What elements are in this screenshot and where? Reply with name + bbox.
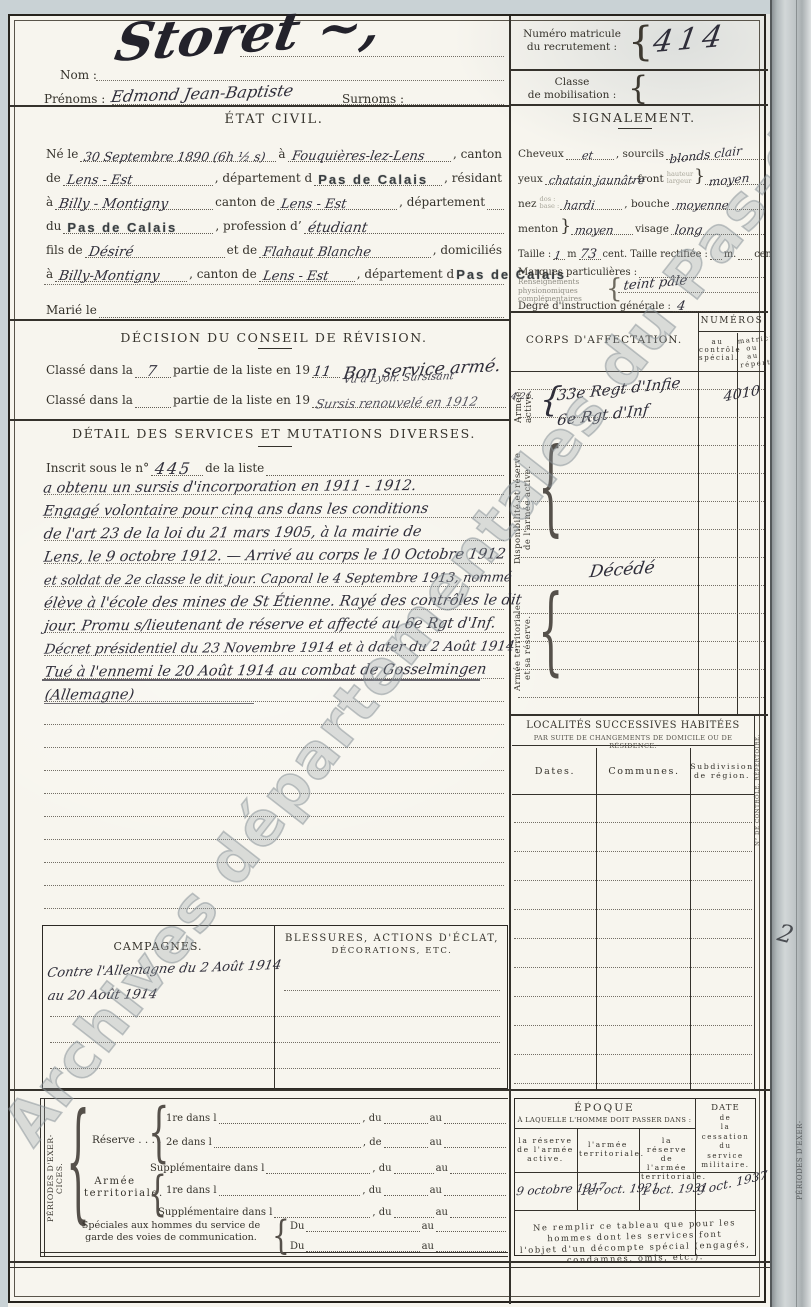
field-canton: Lens - Est [63, 173, 213, 186]
blank-fill [306, 1239, 419, 1252]
label: au [428, 1185, 444, 1197]
taille-rectifiee-label: cent. Taille rectifiée : [601, 249, 710, 260]
blank-fill [444, 1111, 506, 1124]
menton-label: menton [516, 223, 560, 235]
field-lieu-naissance: Fouquières-lez-Lens [288, 149, 451, 162]
field-date-naissance: 30 Septembre 1890 (6h ½ s) [80, 149, 276, 162]
nez-sublabel-2: base : [540, 203, 560, 210]
signalement-row-yeux: yeux chatain jaunâtre , front hauteur la… [516, 165, 764, 185]
terr-label-line2: territoriale. [84, 1188, 146, 1200]
etat-civil-line-1: Né le 30 Septembre 1890 (6h ½ s) à Fouqu… [44, 140, 504, 162]
ruled-line [44, 793, 504, 794]
label: à [44, 268, 55, 282]
signalement-row-taille: Taille : 1 m 73 cent. Taille rectifiée :… [516, 242, 768, 260]
field-residence: Billy - Montigny [55, 197, 213, 210]
decision-title: DÉCISION DU CONSEIL DE RÉVISION. [42, 330, 506, 345]
label: de [44, 172, 63, 186]
field-taille-m: 1 [553, 247, 565, 260]
rule [698, 331, 766, 332]
label: Du [288, 1241, 306, 1253]
ruled-line [50, 1042, 500, 1043]
rule [596, 748, 597, 1089]
field-front: moyen [705, 172, 764, 185]
label: Classé dans la [44, 394, 135, 408]
matricule-label: Numéro matricule du recrutement : [516, 28, 628, 54]
surnoms-label: Surnoms : [342, 92, 404, 106]
rule [514, 1210, 756, 1211]
periode-row-6: Du au [288, 1216, 506, 1232]
periodes-vlabel-line1: PÉRIODES D'EXER- [46, 1126, 55, 1230]
blank-fill [384, 1135, 428, 1148]
label: au [428, 1113, 444, 1125]
label: et de [225, 244, 260, 258]
periode-row-4: 1re dans l , du au [164, 1178, 506, 1196]
label: au [420, 1221, 436, 1233]
rule [510, 714, 768, 716]
blessures-title-line1: BLESSURES, ACTIONS D'ÉCLAT, [278, 932, 506, 945]
hw-visage: long [674, 222, 704, 237]
epoque-date-col-label: DATE de la cessation du service militair… [697, 1104, 754, 1171]
etat-civil-title: ÉTAT CIVIL. [42, 112, 506, 127]
cheveux-label: Cheveux [516, 148, 566, 160]
label: , du [370, 1163, 393, 1175]
campagnes-title: CAMPAGNES. [44, 940, 272, 953]
label: au [434, 1163, 450, 1175]
ruled-line [514, 880, 752, 881]
localites-col-subdivision: Subdivision de région. [690, 762, 754, 780]
pen-stroke [42, 679, 480, 681]
field-annee: 11 [312, 365, 340, 378]
services-line: de l'art 23 de la loi du 21 mars 1905, à… [42, 520, 513, 546]
ruled-line [44, 885, 504, 886]
ruled-line [44, 862, 504, 863]
ruled-line [514, 1025, 752, 1026]
label: , profession d’ [213, 220, 303, 234]
degre-label: Degré d'instruction générale : [516, 301, 673, 313]
localites-subtitle: PAR SUITE DE CHANGEMENTS DE DOMICILE OU … [514, 734, 752, 750]
field-degre: 4 [673, 299, 764, 312]
label: , département d [213, 172, 314, 186]
ruled-line [518, 389, 764, 390]
signalement-row-nez: nez dos : base : hardi , bouche moyenne [516, 190, 764, 210]
rule [512, 794, 754, 795]
label: canton de [213, 196, 277, 210]
hw-residence: Billy - Montigny [58, 196, 170, 212]
ruled-line [514, 851, 752, 852]
field-decision-2: Sursis renouvelé en 1912 [312, 395, 506, 408]
rule [10, 419, 510, 421]
terr-label-line1: Armée [84, 1176, 146, 1188]
armee-territoriale-label: Armée territoriale. [84, 1176, 146, 1200]
field-bouche: moyenne [672, 197, 764, 210]
speciales-line1: Spéciales aux hommes du service de [68, 1220, 274, 1232]
numeros-col1-label: au contrôle spécial. [699, 338, 736, 362]
date-col-line1: DATE [697, 1104, 754, 1114]
bouche-label: , bouche [622, 198, 671, 210]
services-line: élève à l'école des mines de St Étienne.… [42, 589, 513, 615]
ruled-line [44, 724, 504, 725]
rule [10, 319, 510, 321]
etat-civil-line-5: fils de Désiré et de Flahaut Blanche , d… [44, 236, 504, 258]
matricule-value: 414 [651, 19, 730, 60]
margin-handwriting: 2 [775, 919, 797, 950]
prenoms-line [112, 104, 504, 105]
decision-line-2: Classé dans la partie de la liste en 19 … [44, 386, 506, 408]
label: , canton de [187, 268, 259, 282]
brace [538, 436, 563, 540]
field-profession: étudiant [304, 221, 504, 234]
hw-yeux: chatain jaunâtre [548, 173, 646, 187]
field-mere: Flahaut Blanche [259, 245, 431, 258]
brace [694, 168, 705, 185]
periode-row-2: 2e dans l , de au [164, 1130, 506, 1148]
hw-nez: hardi [563, 198, 596, 212]
hw-partie: 7 [146, 362, 158, 380]
blank-fill [306, 1219, 419, 1232]
taille-label: Taille : [516, 249, 553, 260]
blank-fill [219, 1111, 361, 1124]
yeux-label: yeux [516, 173, 545, 185]
label: à [276, 148, 287, 162]
label: , de [361, 1137, 384, 1149]
matricule-label-line2: du recrutement : [516, 41, 628, 54]
signalement-title: SIGNALEMENT. [512, 110, 756, 125]
periodes-vlabel-line2: CICES. [55, 1126, 64, 1230]
signalement-row-marques: Marques particulières : [516, 262, 764, 278]
label: au [420, 1241, 436, 1253]
epoque-title: ÉPOQUE [514, 1102, 695, 1114]
ruled-line [514, 822, 752, 823]
classe-label-line1: Classe [516, 76, 628, 89]
field-partie-2 [135, 395, 171, 408]
services-inscrit-line: Inscrit sous le n° 445 de la liste [44, 454, 504, 476]
field-partie: 7 [135, 365, 171, 378]
brace [628, 72, 648, 104]
hw-lieu-naissance: Fouquières-lez-Lens [290, 149, 425, 164]
hw-mere: Flahaut Blanche [262, 245, 372, 260]
epoque-col2-label: l'armée territoriale. [579, 1140, 637, 1158]
services-line: Lens, le 9 octobre 1912. — Arrivé au cor… [42, 543, 513, 569]
blessures-title-line2: DÉCORATIONS, ETC. [278, 945, 506, 958]
periode-row-1: 1re dans l , du au [164, 1106, 506, 1124]
ruled-line [518, 417, 764, 418]
next-page-vertical-text: PÉRIODES D'EXER- [796, 1100, 804, 1220]
blank-fill [384, 1183, 428, 1196]
ruled-line [44, 816, 504, 817]
numeros-col2-label: matricule ou au répertoire. [737, 335, 767, 370]
periode-row-7: Du au [288, 1236, 506, 1252]
blank-fill [487, 197, 504, 210]
ruled-line [514, 938, 752, 939]
stamp-pas-de-calais: Pas de Calais [67, 220, 177, 235]
ruled-line [284, 990, 500, 991]
ruled-line [50, 1068, 500, 1069]
disponibilite-line1: Disponibilité et réserve [512, 440, 522, 576]
label: 1re dans l [164, 1185, 219, 1197]
rule [510, 371, 766, 372]
classe-label: Classe de mobilisation : [516, 76, 628, 102]
services-line: a obtenu un sursis d'incorporation en 19… [42, 474, 513, 500]
label: à [44, 196, 55, 210]
front-sublabels: hauteur largeur [666, 171, 694, 185]
field-taille-cm: 73 [579, 247, 601, 260]
marie-label: Marié le [44, 304, 99, 318]
services-line: Engagé volontaire pour cinq ans dans les… [42, 497, 513, 523]
hw-decision-2: Sursis renouvelé en 1912 [314, 394, 479, 412]
field-menton: moyen [571, 222, 633, 235]
brace [538, 584, 563, 680]
rule [690, 748, 691, 1089]
hw-degre: 4 [676, 299, 687, 314]
territoriale-line1: Armée territoriale [512, 586, 522, 710]
label: 2e dans l [164, 1137, 214, 1149]
territoriale-line2: et sa réserve. [522, 586, 532, 710]
disponibilite-line2: de l'armée active. [522, 440, 532, 576]
services-line: Décret présidentiel du 23 Novembre 1914 … [43, 635, 514, 661]
scanned-military-record: Nom : Storet ~, Prénoms : Edmond Jean-Ba… [0, 0, 811, 1307]
field-departement-2: Pas de Calais [63, 221, 213, 234]
periode-row-3: Supplémentaire dans l , du au [148, 1156, 506, 1174]
nom-label: Nom : [60, 68, 97, 82]
numeros-title: NUMÉROS [698, 316, 766, 326]
front-sublabel-2: largeur [667, 178, 693, 185]
stamp-pas-de-calais: Pas de Calais [318, 172, 428, 187]
field-taille-rect-cm [738, 247, 752, 260]
ruled-line [514, 909, 752, 910]
ruled-line [514, 967, 752, 968]
label: Inscrit sous le n° [44, 462, 151, 476]
date-col-line5: service militaire. [697, 1152, 754, 1171]
label: 1re dans l [164, 1113, 219, 1125]
hw-domicile: Billy-Montigny [58, 268, 161, 284]
brace [628, 22, 653, 62]
field-canton-3: Lens - Est [259, 269, 355, 282]
field-numero-liste: 445 [151, 463, 203, 476]
ruled-line [44, 839, 504, 840]
field-marie [99, 305, 504, 318]
label: Supplémentaire dans l [156, 1207, 274, 1219]
ruled-line [514, 996, 752, 997]
label: du [44, 220, 63, 234]
etat-civil-line-6: à Billy-Montigny , canton de Lens - Est … [44, 260, 514, 282]
corps-title: CORPS D'AFFECTATION. [512, 334, 696, 346]
label: partie de la liste en 19 [171, 364, 312, 378]
field-visage: long [671, 222, 764, 235]
rule [258, 348, 292, 349]
blank-fill [219, 1183, 361, 1196]
localites-col-dates: Dates. [514, 766, 596, 777]
periodes-vertical-label: PÉRIODES D'EXER- CICES. [46, 1126, 66, 1230]
blank-fill [394, 1161, 434, 1174]
ruled-line [44, 770, 504, 771]
armee-active-label: Armée active. [514, 378, 534, 436]
signalement-row-menton: menton moyen visage long [516, 215, 764, 235]
etat-civil-line-3: à Billy - Montigny canton de Lens - Est … [44, 188, 504, 210]
field-nez: hardi [560, 197, 622, 210]
hw-numero-liste: 445 [154, 459, 194, 478]
hw-bouche: moyenne [675, 198, 730, 212]
field-cheveux: et [566, 147, 614, 160]
label: Né le [44, 148, 80, 162]
pen-stroke [44, 703, 254, 704]
label: , domiciliés [431, 244, 504, 258]
services-line: jour. Promu s/lieutenant de réserve et a… [43, 612, 514, 638]
date-col-line4: du [697, 1142, 754, 1152]
brace [560, 218, 571, 235]
disponibilite-label: Disponibilité et réserve de l'armée acti… [512, 440, 534, 576]
blank-line [44, 284, 504, 285]
ruled-line [514, 1054, 752, 1055]
label: Du [288, 1221, 306, 1233]
rule [514, 1128, 695, 1129]
hw-pere: Désiré [87, 244, 134, 260]
services-title: DÉTAIL DES SERVICES ET MUTATIONS DIVERSE… [42, 426, 506, 441]
matricule-label-line1: Numéro matricule [516, 28, 628, 41]
rule [10, 1089, 770, 1091]
label: , département [397, 196, 487, 210]
hw-menton: moyen [574, 223, 615, 237]
brace [66, 1096, 90, 1225]
label: de la liste [203, 462, 266, 476]
rule [10, 1267, 770, 1268]
taille-unit: m [565, 249, 578, 260]
binding-crease [770, 0, 772, 1307]
field-yeux: chatain jaunâtre [545, 172, 629, 185]
nez-sublabels: dos : base : [539, 196, 561, 210]
blank-fill [266, 1161, 370, 1174]
ruled-line [44, 747, 504, 748]
hw-canton: Lens - Est [66, 173, 134, 188]
territoriale-label: Armée territoriale et sa réserve. [512, 586, 534, 710]
nez-label: nez [516, 198, 539, 210]
ruled-line [44, 908, 504, 909]
label: Classé dans la [44, 364, 135, 378]
signalement-row-degre: Degré d'instruction générale : 4 [516, 296, 764, 312]
field-pere: Désiré [85, 245, 225, 258]
label: partie de la liste en 19 [171, 394, 312, 408]
ruled-line [514, 1083, 752, 1084]
services-handwritten-paragraph: a obtenu un sursis d'incorporation en 19… [43, 474, 513, 707]
hw-campagne-2: au 20 Août 1914 [46, 987, 158, 1004]
label: , département d [355, 268, 456, 282]
label: , du [360, 1185, 383, 1197]
rule [258, 446, 292, 447]
page-binding: PÉRIODES D'EXER- 2 [770, 0, 811, 1307]
hw-canton-3: Lens - Est [262, 269, 330, 284]
field-domicile: Billy-Montigny [55, 269, 187, 282]
localites-col-communes: Communes. [598, 766, 690, 777]
blank-fill [384, 1111, 428, 1124]
rule [514, 1172, 756, 1173]
label: , résidant [442, 172, 504, 186]
label: , canton [451, 148, 504, 162]
services-line: Tué à l'ennemi le 20 Août 1914 au combat… [43, 658, 514, 684]
epoque-subtitle: À LAQUELLE L'HOMME DOIT PASSER DANS : [514, 1116, 695, 1124]
field-sourcils: blonds clair [666, 147, 764, 160]
prenoms-label: Prénoms : [44, 92, 105, 106]
sourcils-label: , sourcils [614, 148, 666, 160]
rule [577, 1128, 578, 1210]
field-departement: Pas de Calais [314, 173, 442, 186]
rule [274, 925, 275, 1089]
hw-date-naissance: 30 Septembre 1890 (6h ½ s) [83, 149, 267, 164]
etat-civil-line-4: du Pas de Calais , profession d’ étudian… [44, 212, 504, 234]
label: au [428, 1137, 444, 1149]
date-col-line2: de [697, 1114, 754, 1124]
classe-label-line2: de mobilisation : [516, 89, 628, 102]
epoque-col1-label: la réserve de l'armée active. [516, 1136, 575, 1163]
hw-annee: 11 [312, 364, 332, 380]
label: , du [360, 1113, 383, 1125]
hw-canton-2: Lens - Est [280, 197, 348, 212]
field-canton-2: Lens - Est [277, 197, 397, 210]
epoque-col3-label: la réserve de l'armée territoriale. [641, 1136, 693, 1181]
etat-civil-line-2: de Lens - Est , département d Pas de Cal… [44, 164, 504, 186]
ruled-line [50, 1016, 500, 1017]
speciales-line2: garde des voies de communication. [68, 1232, 274, 1244]
localites-title: LOCALITÉS SUCCESSIVES HABITÉES [514, 720, 752, 731]
label: fils de [44, 244, 85, 258]
blank-fill [436, 1239, 506, 1252]
services-line: et soldat de 2e classe le dit jour. Capo… [42, 566, 513, 592]
localites-side-col-label: N° DE CONTRÔLE. RÉPERTOIRE. [755, 720, 766, 860]
blank-fill [444, 1135, 506, 1148]
blessures-title: BLESSURES, ACTIONS D'ÉCLAT, DÉCORATIONS,… [278, 932, 506, 958]
marie-line: Marié le [44, 298, 504, 318]
rule [40, 1098, 41, 1256]
signalement-row-cheveux: Cheveux et , sourcils blonds clair [516, 140, 764, 160]
epoque-note: Ne remplir ce tableau que pour les homme… [515, 1217, 754, 1267]
date-col-line3: la cessation [697, 1123, 754, 1142]
nom-line [96, 80, 504, 81]
rule [698, 312, 699, 715]
hw-cheveux: et [581, 149, 594, 162]
speciales-label: Spéciales aux hommes du service de garde… [68, 1220, 274, 1244]
blank-fill [214, 1135, 361, 1148]
hw-profession: étudiant [306, 220, 368, 236]
blank-fill [444, 1183, 506, 1196]
rule [618, 128, 652, 129]
label: m. [722, 249, 738, 260]
rule [44, 1098, 45, 1256]
rule [40, 1098, 508, 1099]
blank-fill [436, 1219, 506, 1232]
visage-label: visage [633, 223, 671, 235]
hw-taille-cm: 73 [578, 247, 597, 262]
blank-fill [450, 1161, 506, 1174]
ruled-line [518, 697, 764, 698]
field-taille-rect-m [710, 247, 722, 260]
